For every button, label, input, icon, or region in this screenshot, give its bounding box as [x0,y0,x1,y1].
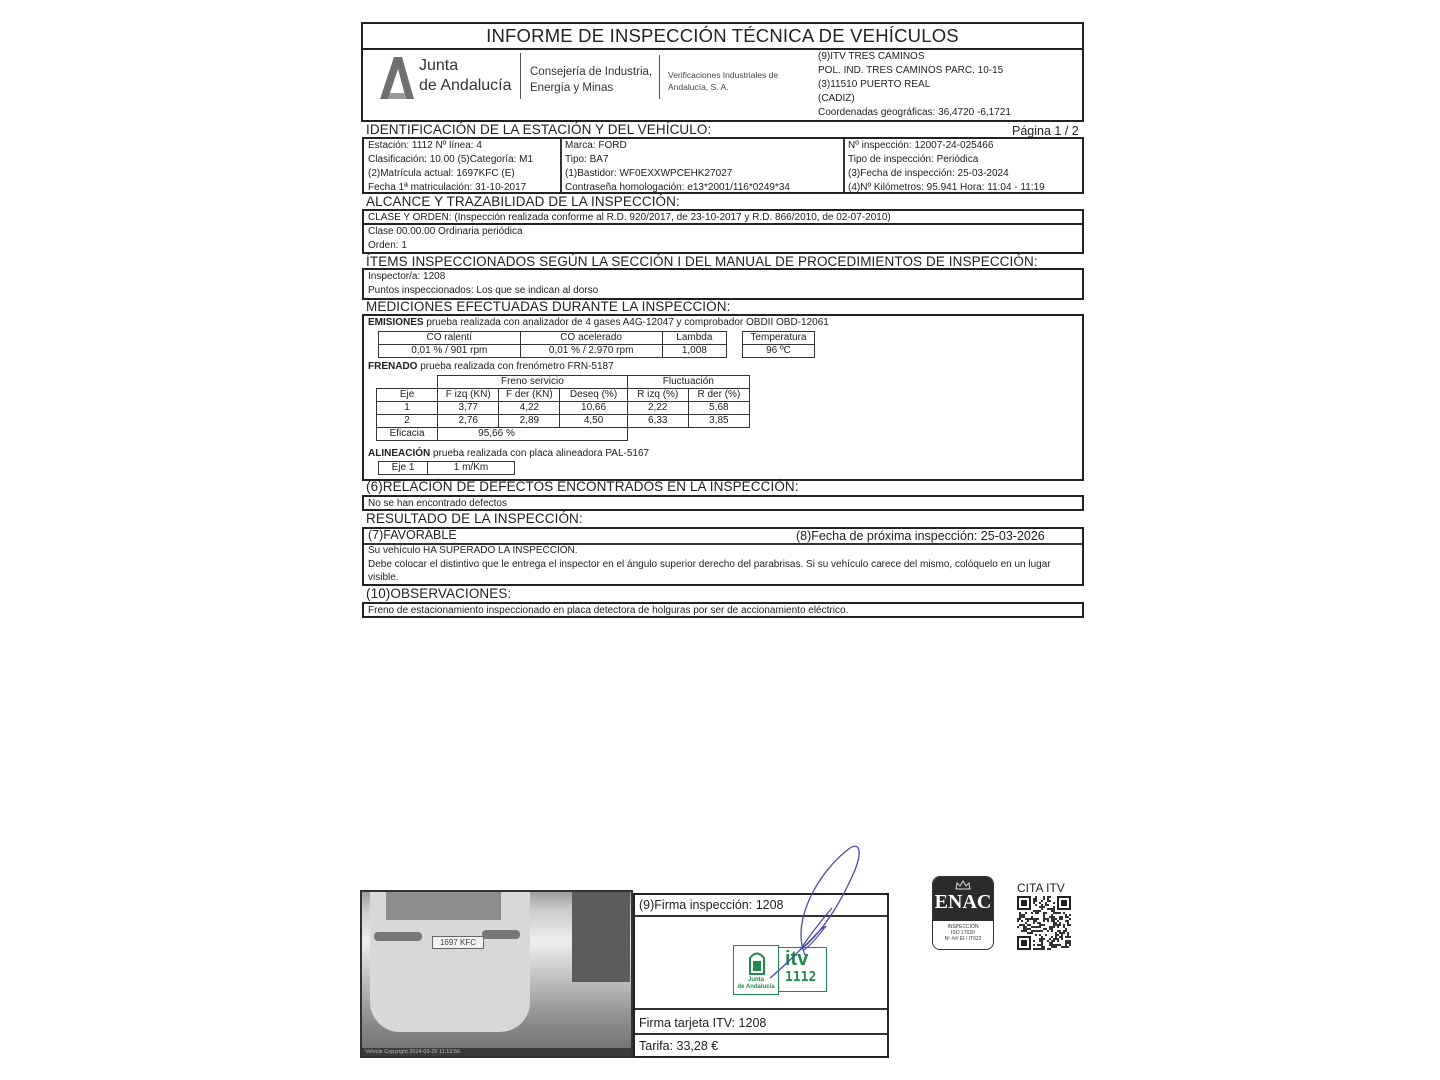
measurements-box: EMISIONES prueba realizada con analizado… [362,314,1084,481]
enac-name: ENAC [933,891,993,914]
co-idle-value: 0,01 % / 901 rpm [379,345,521,358]
items-title: ÍTEMS INSPECCIONADOS SEGÚN LA SECCIÓN I … [366,255,1038,269]
table-row: 1 3,77 4,22 10,66 2,22 5,68 [377,402,750,415]
co-accel-header: CO acelerado [520,332,662,345]
temperature-table: Temperatura 96 ºC [742,331,815,358]
inspection-date-line: (3)Fecha de inspección: 25-03-2024 [848,167,1045,181]
cell: 3,85 [688,415,749,428]
service-brake-header: Freno servicio [438,376,627,389]
inspector-text: Inspector/a: 1208 [368,270,598,284]
emissions-table: CO ralentí CO acelerado Lambda 0,01 % / … [378,331,727,358]
card-signature-label: Firma tarjeta ITV: 1208 [639,1016,766,1030]
alignment-table: Eje 1 1 m/Km [378,461,515,475]
report-title: INFORME DE INSPECCIÓN TÉCNICA DE VEHÍCUL… [363,24,1082,48]
r-right-header: R der (%) [688,389,749,402]
defects-text: No se han encontrado defectos [368,497,507,511]
result-verdict: (7)FAVORABLE [368,529,457,542]
enac-line3: Nº ##/ EI / IT022 [933,936,993,942]
cell: 2 [377,415,438,428]
enac-details: INSPECCIÓN ISO 17020 Nº ##/ EI / IT022 [933,924,993,942]
braking-label: FRENADO [368,361,417,372]
next-inspection-date: (8)Fecha de próxima inspección: 25-03-20… [796,530,1045,543]
observations-box: Freno de estacionamiento inspeccionado e… [362,602,1084,618]
temperature-value: 96 ºC [743,345,815,358]
enac-logo: ENAC INSPECCIÓN ISO 17020 Nº ##/ EI / IT… [932,876,994,950]
cell: 3,77 [438,402,499,415]
cell: 5,68 [688,402,749,415]
station-info: (9)ITV TRES CAMINOS POL. IND. TRES CAMIN… [818,50,1011,120]
emissions-line: EMISIONES prueba realizada con analizado… [368,316,829,330]
cell: 10,66 [560,402,627,415]
inspection-number-line: Nº inspección: 12007-24-025466 [848,139,1045,153]
result-lines: Su vehículo HA SUPERADO LA INSPECCIÓN. D… [368,544,1051,585]
imbalance-header: Deseq (%) [560,389,627,402]
alignment-label: ALINEACIÓN [368,448,430,459]
junta-andalucia-logo-icon [378,55,414,101]
cell: 2,22 [627,402,688,415]
axle-header: Eje [377,389,438,402]
result-line3: visible. [368,571,1051,585]
km-hour-line: (4)Nº Kilómetros: 95.941 Hora: 11:04 - 1… [848,181,1045,195]
crown-icon [955,880,971,890]
type-line: Tipo: BA7 [565,153,790,167]
result-line2: Debe colocar el distintivo que le entreg… [368,558,1051,572]
logo-text: Junta de Andalucía [419,56,512,96]
cell: 2,89 [499,415,560,428]
ministry-line1: Consejería de Industria, [530,64,652,80]
station-address: POL. IND. TRES CAMINOS PARC. 10-15 [818,64,1011,78]
alignment-desc: prueba realizada con placa alineadora PA… [430,448,649,459]
scope-title: ALCANCE Y TRAZABILIDAD DE LA INSPECCIÓN: [366,195,680,209]
cell: 4,22 [499,402,560,415]
vehicle-col: Marca: FORD Tipo: BA7 (1)Bastidor: WF0EX… [565,139,790,195]
result-line1: Su vehículo HA SUPERADO LA INSPECCIÓN. [368,544,1051,558]
company-text: Verificaciones Industriales de Andalucía… [668,69,778,93]
station-name: (9)ITV TRES CAMINOS [818,50,1011,64]
classification-line: Clasificación: 10 00 (5)Categoría: M1 [368,153,533,167]
station-vehicle-col: Estación: 1112 Nº línea: 4 Clasificación… [368,139,533,195]
vin-line: (1)Bastidor: WF0EXXWPCEHK27027 [565,167,790,181]
plate-line: (2)Matrícula actual: 1697KFC (E) [368,167,533,181]
co-accel-value: 0,01 % / 2.970 rpm [520,345,662,358]
class-text: Clase 00.00.00 Ordinaria periódica [368,225,523,239]
observations-text: Freno de estacionamiento inspeccionado e… [368,604,848,618]
car-window [386,892,501,920]
table-row: 2 2,76 2,89 4,50 6,33 3,85 [377,415,750,428]
brand-line: Marca: FORD [565,139,790,153]
stamp-logo-line2: de Andalucía [734,984,778,990]
cell: 4,50 [560,415,627,428]
efficacy-value: 95,66 % [438,428,627,441]
cell: 6,33 [627,415,688,428]
co-idle-header: CO ralentí [379,332,521,345]
vehicle-photo: 1697 KFC Vehicle Copyright 2024-03-25 11… [360,890,633,1058]
emissions-label: EMISIONES [368,317,424,328]
temperature-header: Temperatura [743,332,815,345]
measurements-title: MEDICIONES EFECTUADAS DURANTE LA INSPECC… [366,300,730,314]
signature-scribble-icon [760,840,870,980]
station-line: Estación: 1112 Nº línea: 4 [368,139,533,153]
lambda-value: 1,008 [662,345,726,358]
tail-light-left [374,932,422,941]
identification-box: Estación: 1112 Nº línea: 4 Clasificación… [362,137,1084,194]
license-plate: 1697 KFC [432,936,484,949]
result-title: RESULTADO DE LA INSPECCIÓN: [366,512,583,526]
station-province: (CADIZ) [818,92,1011,106]
items-box: Inspector/a: 1208 Puntos inspeccionados:… [362,268,1084,300]
photo-caption: Vehicle Copyright 2024-03-25 11:13:56 [362,1048,633,1056]
efficacy-label: Eficacia [377,428,438,441]
divider [520,53,521,99]
observations-title: (10)OBSERVACIONES: [366,587,511,601]
qr-code-icon[interactable] [1017,896,1071,950]
cell: 2,76 [438,415,499,428]
inspection-type-line: Tipo de inspección: Periódica [848,153,1045,167]
first-registration-line: Fecha 1ª matriculación: 31-10-2017 [368,181,533,195]
station-coords: Coordenadas geográficas: 36,4720 -6,1721 [818,106,1011,120]
order-text: Orden: 1 [368,239,523,253]
identification-title: IDENTIFICACIÓN DE LA ESTACIÓN Y DEL VEHÍ… [366,123,711,137]
fluctuation-header: Fluctuación [627,376,749,389]
class-lines: Clase 00.00.00 Ordinaria periódica Orden… [368,225,523,253]
braking-line: FRENADO prueba realizada con frenómetro … [368,360,614,374]
page-number: Página 1 / 2 [1012,124,1079,138]
braking-table: Freno servicio Fluctuación Eje F izq (KN… [376,375,750,441]
result-box: (7)FAVORABLE (8)Fecha de próxima inspecc… [362,527,1084,586]
class-box: Clase 00.00.00 Ordinaria periódica Orden… [362,223,1084,254]
r-left-header: R izq (%) [627,389,688,402]
homologation-line: Contraseña homologación: e13*2001/116*02… [565,181,790,195]
cell: 1 [377,402,438,415]
alignment-line: ALINEACIÓN prueba realizada con placa al… [368,447,649,461]
lambda-header: Lambda [662,332,726,345]
divider [659,55,660,99]
defects-title: (6)RELACIÓN DE DEFECTOS ENCONTRADOS EN L… [366,480,799,494]
company-line1: Verificaciones Industriales de [668,69,778,81]
alignment-axle: Eje 1 [379,462,428,475]
qr-label: CITA ITV [1017,881,1065,895]
f-right-header: F der (KN) [499,389,560,402]
fee-label: Tarifa: 33,28 € [639,1039,718,1053]
defects-box: No se han encontrado defectos [362,495,1084,511]
points-text: Puntos inspeccionados: Los que se indica… [368,284,598,298]
f-left-header: F izq (KN) [438,389,499,402]
braking-desc: prueba realizada con frenómetro FRN-5187 [417,361,613,372]
logo-line2: de Andalucía [419,76,512,96]
company-line2: Andalucía, S. A. [668,81,778,93]
alignment-value: 1 m/Km [428,462,515,475]
emissions-desc: prueba realizada con analizador de 4 gas… [424,317,829,328]
ministry-line2: Energía y Minas [530,80,652,96]
logo-line1: Junta [419,56,512,76]
items-lines: Inspector/a: 1208 Puntos inspeccionados:… [368,270,598,298]
tail-light-right [482,930,520,939]
ministry-text: Consejería de Industria, Energía y Minas [530,64,652,96]
station-city: (3)11510 PUERTO REAL [818,78,1011,92]
inspection-col: Nº inspección: 12007-24-025466 Tipo de i… [848,139,1045,195]
pillar [572,892,630,982]
